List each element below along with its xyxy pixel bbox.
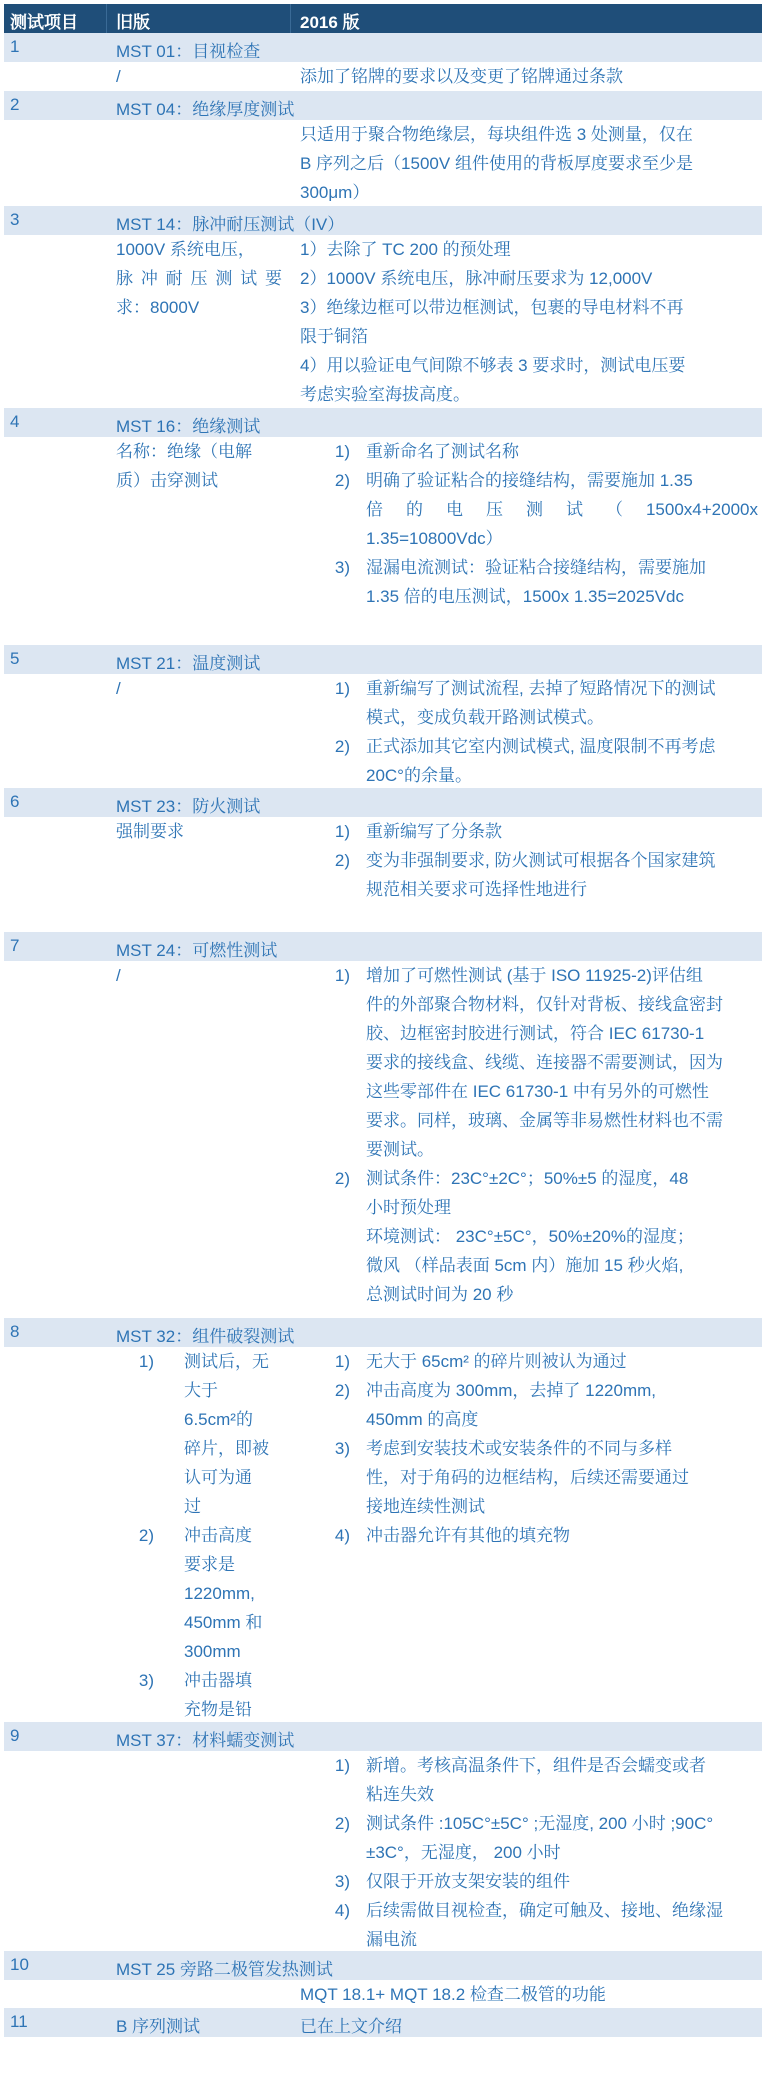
text-line: 测试条件：23C°±2C°；50%±5 的湿度，48 [366, 1164, 758, 1193]
list-item: 后续需做目视检查，确定可触及、接地、绝缘湿 漏电流 [366, 1896, 758, 1954]
text-line: 充物是铅 [184, 1695, 284, 1724]
table-row-detail: / 1) 重新编写了测试流程, 去掉了短路情况下的测试 模式，变成负载开路测试模… [4, 674, 762, 788]
text-line: 件的外部聚合物材料，仅针对背板、接线盒密封 [366, 990, 758, 1019]
text-line: 名称：绝缘（电解 [116, 437, 282, 466]
text-line: 无大于 65cm² 的碎片则被认为通过 [366, 1347, 758, 1376]
row-title: MST 23：防火测试 [116, 792, 260, 817]
row-number: 10 [10, 1955, 29, 1975]
text-line: 这些零部件在 IEC 61730-1 中有另外的可燃性 [366, 1077, 758, 1106]
text-line: 环境测试： 23C°±5C°，50%±20%的湿度； [366, 1222, 758, 1251]
row-number: 6 [10, 792, 19, 812]
text-line: B 序列之后（1500V 组件使用的背板厚度要求至少是 [300, 149, 758, 178]
list-item: 仅限于开放支架安装的组件 [366, 1867, 758, 1896]
text-line: 限于铜箔 [300, 322, 758, 351]
row-title: MST 16：绝缘测试 [116, 412, 260, 437]
text-line: 明确了验证粘合的接缝结构，需要施加 1.35 [366, 466, 758, 495]
text-line: 要测试。 [366, 1135, 758, 1164]
list-item: 重新编写了分条款 [366, 817, 758, 846]
row-number: 8 [10, 1322, 19, 1342]
text-line: 测试条件 :105C°±5C° ;无湿度, 200 小时 ;90C° [366, 1809, 758, 1838]
text-line: 脉 冲 耐 压 测 试 要 [116, 264, 282, 293]
table-row-title: 8 MST 32：组件破裂测试 [4, 1318, 762, 1347]
list-number: 3) [126, 1666, 154, 1695]
old-text: / [116, 961, 121, 990]
table-row-title: 2 MST 04：绝缘厚度测试 [4, 91, 762, 120]
text-line: 300mm [184, 1637, 284, 1666]
list-number: 2) [322, 466, 350, 495]
text-line: ±3C°，无湿度， 200 小时 [366, 1838, 758, 1867]
row-number: 3 [10, 210, 19, 230]
text-line: 冲击器允许有其他的填充物 [366, 1521, 758, 1550]
text-line: 20C°的余量。 [366, 761, 758, 790]
list-number: 3) [322, 1434, 350, 1463]
table-row-title: 1 MST 01：目视检查 [4, 33, 762, 62]
table-row-title: 10 MST 25 旁路二极管发热测试 [4, 1951, 762, 1980]
text-line: 小时预处理 [366, 1193, 758, 1222]
table-row-detail: / 1) 增加了可燃性测试 (基于 ISO 11925-2)评估组 件的外部聚合… [4, 961, 762, 1318]
table-row-detail: 强制要求 1) 重新编写了分条款 2) 变为非强制要求, 防火测试可根据各个国家… [4, 817, 762, 932]
list-item: 明确了验证粘合的接缝结构，需要施加 1.35 倍 的 电 压 测 试 （ 150… [366, 466, 758, 553]
row-title: MST 04：绝缘厚度测试 [116, 95, 294, 120]
text-line: 倍 的 电 压 测 试 （ 1500x4+2000x [366, 495, 758, 524]
table-row-title: 11 B 序列测试 已在上文介绍 [4, 2008, 762, 2037]
text-line: 只适用于聚合物绝缘层，每块组件选 3 处测量，仅在 [300, 120, 758, 149]
list-number: 3) [322, 1867, 350, 1896]
table-header: 测试项目 旧版 2016 版 [4, 4, 762, 33]
list-item: 无大于 65cm² 的碎片则被认为通过 [366, 1347, 758, 1376]
text-line: 漏电流 [366, 1925, 758, 1954]
text-line: 碎片，即被 [184, 1434, 284, 1463]
list-item: 重新命名了测试名称 [366, 437, 758, 466]
text-line: 新增。考核高温条件下，组件是否会蠕变或者 [366, 1751, 758, 1780]
text-line: 接地连续性测试 [366, 1492, 758, 1521]
table-row-detail: 只适用于聚合物绝缘层，每块组件选 3 处测量，仅在 B 序列之后（1500V 组… [4, 120, 762, 206]
header-col-new: 2016 版 [300, 8, 360, 33]
list-item: 新增。考核高温条件下，组件是否会蠕变或者 粘连失效 [366, 1751, 758, 1809]
text-line: 变为非强制要求, 防火测试可根据各个国家建筑 [366, 846, 758, 875]
row-title: B 序列测试 [116, 2012, 200, 2037]
row-title: MST 01：目视检查 [116, 37, 260, 62]
list-number: 4) [322, 1521, 350, 1550]
header-col-item: 测试项目 [10, 8, 78, 33]
header-divider [106, 4, 107, 33]
list-item: 变为非强制要求, 防火测试可根据各个国家建筑 规范相关要求可选择性地进行 [366, 846, 758, 904]
text-line: 增加了可燃性测试 (基于 ISO 11925-2)评估组 [366, 961, 758, 990]
text-line: 微风 （样品表面 5cm 内）施加 15 秒火焰, [366, 1251, 758, 1280]
text-line: 450mm 的高度 [366, 1405, 758, 1434]
table-row-title: 6 MST 23：防火测试 [4, 788, 762, 817]
text-line: 考虑实验室海拔高度。 [300, 380, 758, 409]
row-number: 7 [10, 936, 19, 956]
list-number: 2) [322, 1164, 350, 1193]
old-text: 名称：绝缘（电解 质）击穿测试 [116, 437, 282, 495]
row-title: MST 21：温度测试 [116, 649, 260, 674]
row-number: 11 [10, 2012, 28, 2032]
text-line: 考虑到安装技术或安装条件的不同与多样 [366, 1434, 758, 1463]
list-item: 测试条件 :105C°±5C° ;无湿度, 200 小时 ;90C° ±3C°，… [366, 1809, 758, 1867]
text-line: 测试后，无 [184, 1347, 284, 1376]
text-line: 湿漏电流测试：验证粘合接缝结构，需要施加 [366, 553, 758, 582]
new-text: 添加了铭牌的要求以及变更了铭牌通过条款 [300, 62, 623, 91]
text-line: 冲击高度 [184, 1521, 284, 1550]
list-number: 2) [322, 1809, 350, 1838]
row-number: 5 [10, 649, 19, 669]
new-text: 1）去除了 TC 200 的预处理 2）1000V 系统电压，脉冲耐压要求为 1… [300, 235, 758, 409]
text-line: 冲击高度为 300mm，去掉了 1220mm, [366, 1376, 758, 1405]
text-line: 模式，变成负载开路测试模式。 [366, 703, 758, 732]
text-line: 重新编写了分条款 [366, 817, 758, 846]
text-line: 冲击器填 [184, 1666, 284, 1695]
text-line: 1.35=10800Vdc） [366, 524, 758, 553]
row-number: 9 [10, 1726, 19, 1746]
text-line: 大于 [184, 1376, 284, 1405]
table-row-detail: 1) 测试后，无 大于 6.5cm²的 碎片，即被 认可为通 过 2) 冲击高度… [4, 1347, 762, 1722]
list-number: 1) [322, 817, 350, 846]
list-item: 冲击器填 充物是铅 [184, 1666, 284, 1724]
text-line: 要求的接线盒、线缆、连接器不需要测试，因为 [366, 1048, 758, 1077]
list-item: 考虑到安装技术或安装条件的不同与多样 性，对于角码的边框结构，后续还需要通过 接… [366, 1434, 758, 1521]
table-row-detail: 名称：绝缘（电解 质）击穿测试 1) 重新命名了测试名称 2) 明确了验证粘合的… [4, 437, 762, 645]
list-item: 冲击高度为 300mm，去掉了 1220mm, 450mm 的高度 [366, 1376, 758, 1434]
new-text: MQT 18.1+ MQT 18.2 检查二极管的功能 [300, 1980, 606, 2009]
list-item: 冲击高度 要求是 1220mm, 450mm 和 300mm [184, 1521, 284, 1666]
text-line: 1.35 倍的电压测试，1500x 1.35=2025Vdc [366, 582, 758, 611]
list-number: 2) [322, 846, 350, 875]
text-line: 1220mm, [184, 1579, 284, 1608]
text-line: 450mm 和 [184, 1608, 284, 1637]
row-number: 4 [10, 412, 19, 432]
text-line: 1）去除了 TC 200 的预处理 [300, 235, 758, 264]
list-number: 2) [322, 1376, 350, 1405]
list-item: 正式添加其它室内测试模式, 温度限制不再考虑 20C°的余量。 [366, 732, 758, 790]
text-line: 6.5cm²的 [184, 1405, 284, 1434]
text-line: 求：8000V [116, 293, 282, 322]
text-line: 2）1000V 系统电压，脉冲耐压要求为 12,000V [300, 264, 758, 293]
text-line: 重新编写了测试流程, 去掉了短路情况下的测试 [366, 674, 758, 703]
list-number: 1) [322, 1347, 350, 1376]
new-text: 只适用于聚合物绝缘层，每块组件选 3 处测量，仅在 B 序列之后（1500V 组… [300, 120, 758, 207]
text-line: 正式添加其它室内测试模式, 温度限制不再考虑 [366, 732, 758, 761]
text-line: 重新命名了测试名称 [366, 437, 758, 466]
text-line: 粘连失效 [366, 1780, 758, 1809]
old-text: 强制要求 [116, 817, 184, 846]
text-line: 3）绝缘边框可以带边框测试，包裹的导电材料不再 [300, 293, 758, 322]
table-row-title: 7 MST 24：可燃性测试 [4, 932, 762, 961]
list-number: 2) [322, 732, 350, 761]
list-item: 测试后，无 大于 6.5cm²的 碎片，即被 认可为通 过 [184, 1347, 284, 1521]
text-line: 要求。同样，玻璃、金属等非易燃性材料也不需 [366, 1106, 758, 1135]
table-row-detail: 1000V 系统电压， 脉 冲 耐 压 测 试 要 求：8000V 1）去除了 … [4, 235, 762, 408]
list-number: 1) [322, 1751, 350, 1780]
row-title: MST 32：组件破裂测试 [116, 1322, 294, 1347]
row-new-text: 已在上文介绍 [300, 2012, 402, 2037]
table-row-detail: MQT 18.1+ MQT 18.2 检查二极管的功能 [4, 1980, 762, 2008]
text-line: 4）用以验证电气间隙不够表 3 要求时，测试电压要 [300, 351, 758, 380]
text-line: 胶、边框密封胶进行测试，符合 IEC 61730-1 [366, 1019, 758, 1048]
text-line: 要求是 [184, 1550, 284, 1579]
row-number: 2 [10, 95, 19, 115]
list-number: 1) [322, 961, 350, 990]
list-number: 2) [126, 1521, 154, 1550]
text-line: 过 [184, 1492, 284, 1521]
row-title: MST 14：脉冲耐压测试（IV） [116, 210, 344, 235]
old-text: / [116, 674, 121, 703]
old-text: / [116, 62, 121, 91]
header-divider [290, 4, 291, 33]
text-line: 质）击穿测试 [116, 466, 282, 495]
text-line: 300μm） [300, 178, 758, 207]
table-row-detail: / 添加了铭牌的要求以及变更了铭牌通过条款 [4, 62, 762, 91]
row-title: MST 37：材料蠕变测试 [116, 1726, 294, 1751]
table-row-detail: 1) 新增。考核高温条件下，组件是否会蠕变或者 粘连失效 2) 测试条件 :10… [4, 1751, 762, 1951]
list-number: 1) [322, 674, 350, 703]
text-line: 认可为通 [184, 1463, 284, 1492]
row-title: MST 24：可燃性测试 [116, 936, 277, 961]
text-line: 性，对于角码的边框结构，后续还需要通过 [366, 1463, 758, 1492]
list-item: 测试条件：23C°±2C°；50%±5 的湿度，48 小时预处理 环境测试： 2… [366, 1164, 758, 1309]
list-item: 冲击器允许有其他的填充物 [366, 1521, 758, 1550]
list-number: 1) [322, 437, 350, 466]
header-col-old: 旧版 [116, 8, 150, 33]
list-number: 4) [322, 1896, 350, 1925]
old-text: 1000V 系统电压， 脉 冲 耐 压 测 试 要 求：8000V [116, 235, 282, 322]
list-item: 湿漏电流测试：验证粘合接缝结构，需要施加 1.35 倍的电压测试，1500x 1… [366, 553, 758, 611]
text-line: 1000V 系统电压， [116, 235, 282, 264]
list-item: 增加了可燃性测试 (基于 ISO 11925-2)评估组 件的外部聚合物材料，仅… [366, 961, 758, 1164]
text-line: 仅限于开放支架安装的组件 [366, 1867, 758, 1896]
row-number: 1 [10, 37, 19, 57]
row-title: MST 25 旁路二极管发热测试 [116, 1955, 333, 1980]
list-number: 3) [322, 553, 350, 582]
text-line: 总测试时间为 20 秒 [366, 1280, 758, 1309]
list-number: 1) [126, 1347, 154, 1376]
table-row-title: 5 MST 21：温度测试 [4, 645, 762, 674]
text-line: 后续需做目视检查，确定可触及、接地、绝缘湿 [366, 1896, 758, 1925]
table-row-title: 4 MST 16：绝缘测试 [4, 408, 762, 437]
table-row-title: 3 MST 14：脉冲耐压测试（IV） [4, 206, 762, 235]
text-line: 规范相关要求可选择性地进行 [366, 875, 758, 904]
list-item: 重新编写了测试流程, 去掉了短路情况下的测试 模式，变成负载开路测试模式。 [366, 674, 758, 732]
table-row-title: 9 MST 37：材料蠕变测试 [4, 1722, 762, 1751]
